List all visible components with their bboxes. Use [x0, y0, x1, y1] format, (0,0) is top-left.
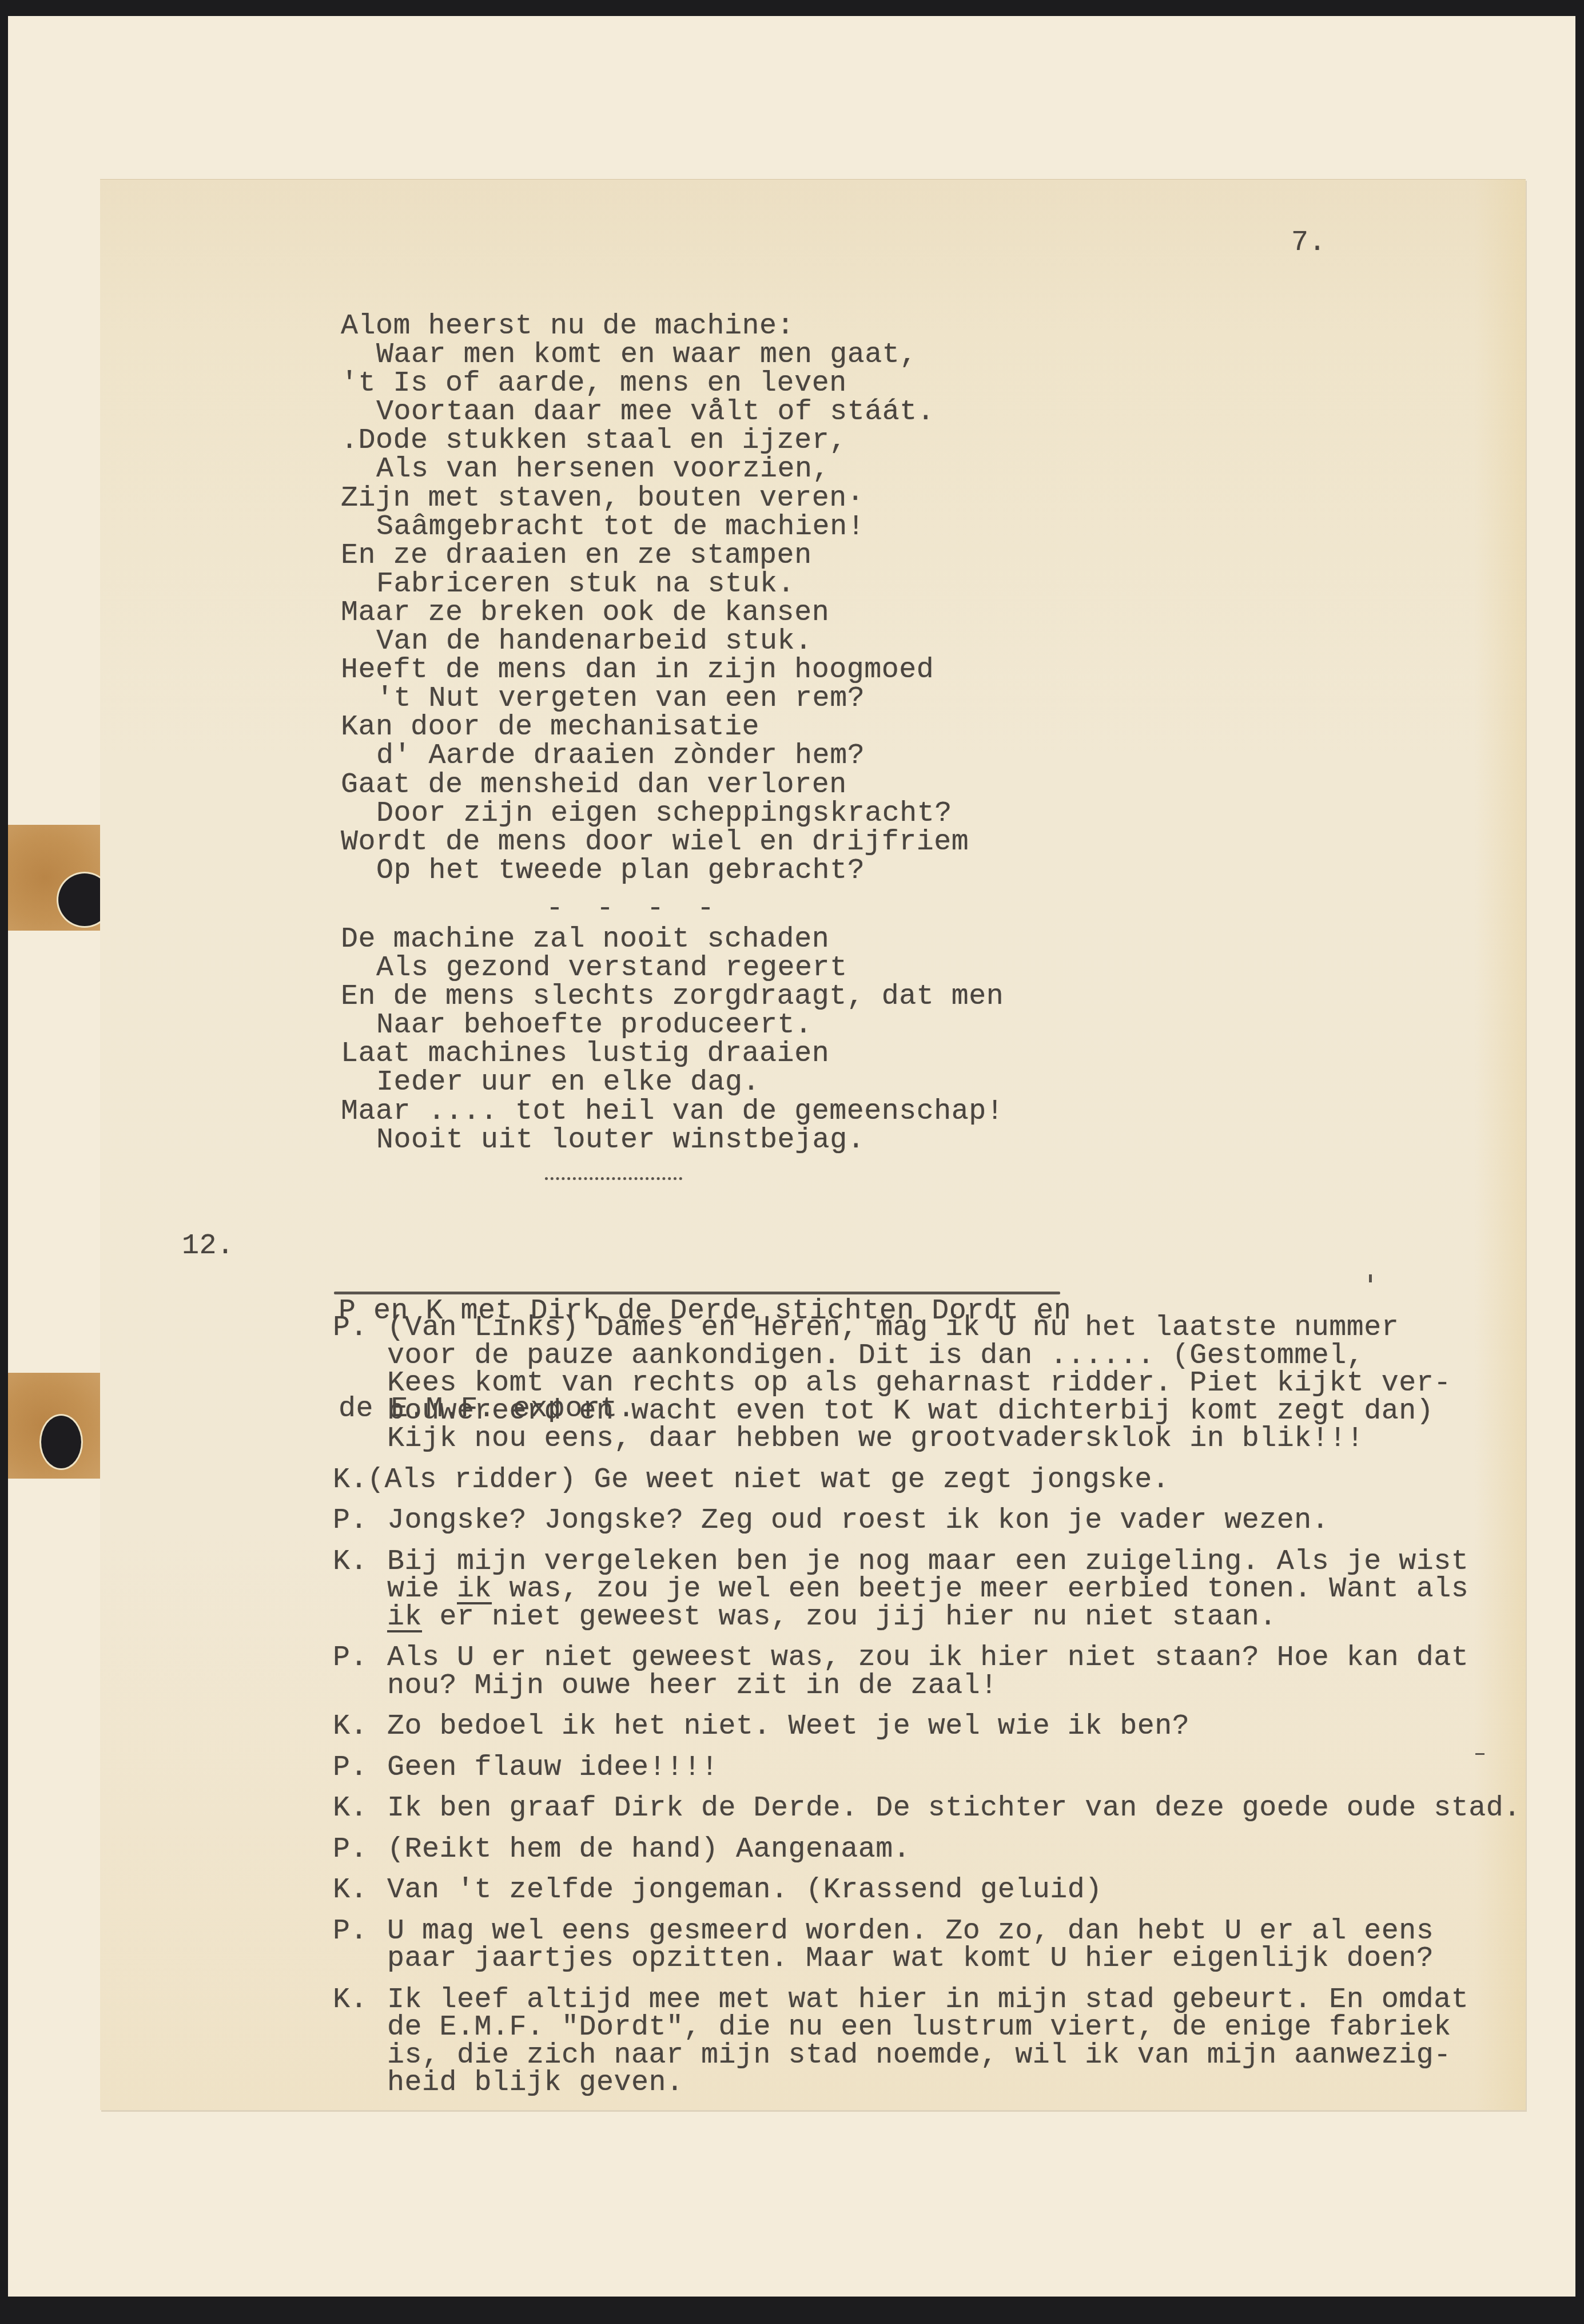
speech-line: bouwereerd en wacht even tot K wat dicht… — [387, 1398, 1451, 1426]
speaker-label: P. — [333, 1644, 387, 1700]
speech-text: Als U er niet geweest was, zou ik hier n… — [387, 1644, 1468, 1700]
stanza-separator: - - - - — [546, 892, 722, 925]
poem-line: d' Aarde draaien zònder hem? — [341, 742, 969, 770]
speech-line: Kees komt van rechts op als geharnast ri… — [387, 1370, 1451, 1398]
dialog-script: P.(Van Links) Dames en Heren, mag ik U n… — [333, 1314, 1505, 2111]
speech-line: Van 't zelfde jongeman. (Krassend geluid… — [387, 1877, 1103, 1905]
punch-hole-lower — [41, 1416, 81, 1468]
dialog-line-piet: P.Als U er niet geweest was, zou ik hier… — [333, 1644, 1505, 1700]
speech-text: Van 't zelfde jongeman. (Krassend geluid… — [387, 1877, 1103, 1905]
speaker-label: K. — [333, 1877, 387, 1905]
poem-line: Op het tweede plan gebracht? — [341, 857, 969, 885]
dialog-line-piet: P.U mag wel eens gesmeerd worden. Zo zo,… — [333, 1918, 1505, 1973]
speech-line: (Reikt hem de hand) Aangenaam. — [387, 1836, 910, 1864]
speech-text: Ik ben graaf Dirk de Derde. De stichter … — [387, 1795, 1521, 1823]
speech-line: is, die zich naar mijn stad noemde, wil … — [387, 2042, 1468, 2070]
page-number: 7. — [1291, 227, 1326, 259]
poem-line: En de mens slechts zorgdraagt, dat men — [341, 983, 1004, 1011]
speaker-label: P. — [333, 1507, 387, 1535]
speech-text: Bij mijn vergeleken ben je nog maar een … — [387, 1548, 1468, 1632]
poem-line: De machine zal nooit schaden — [341, 925, 1004, 954]
speech-line: Zo bedoel ik het niet. Weet je wel wie i… — [387, 1713, 1189, 1741]
speech-text: Ik leef altijd mee met wat hier in mijn … — [387, 1987, 1468, 2097]
speaker-label: P. — [333, 1918, 387, 1973]
speaker-label: P. — [333, 1314, 387, 1453]
dialog-line-piet: P.Geen flauw idee!!!! — [333, 1754, 1505, 1782]
speech-line: (Als ridder) Ge weet niet wat ge zegt jo… — [367, 1467, 1169, 1495]
dialog-line-kees: K.Bij mijn vergeleken ben je nog maar ee… — [333, 1548, 1505, 1632]
dialog-line-kees: K.(Als ridder) Ge weet niet wat ge zegt … — [333, 1467, 1505, 1495]
speech-text: U mag wel eens gesmeerd worden. Zo zo, d… — [387, 1918, 1434, 1973]
poem-line: Heeft de mens dan in zijn hoogmoed — [341, 656, 969, 685]
speech-line: (Van Links) Dames en Heren, mag ik U nu … — [387, 1314, 1451, 1342]
poem-line: 't Is of aarde, mens en leven — [341, 370, 969, 398]
speaker-label: P. — [333, 1754, 387, 1782]
stray-mark — [1475, 1753, 1484, 1755]
speech-line: paar jaartjes opzitten. Maar wat komt U … — [387, 1945, 1434, 1973]
poem-line: Als gezond verstand regeert — [341, 954, 1004, 983]
speech-text: (Als ridder) Ge weet niet wat ge zegt jo… — [367, 1467, 1169, 1495]
section-title-underline — [334, 1292, 1060, 1294]
underlined-emphasis: ik — [387, 1601, 422, 1634]
poem-line: Saâmgebracht tot de machien! — [341, 513, 969, 542]
poem-stanza-2: De machine zal nooit schadenAls gezond v… — [341, 925, 1004, 1155]
speech-line: Kijk nou eens, daar hebben we grootvader… — [387, 1425, 1451, 1453]
speech-line: wie ik was, zou je wel een beetje meer e… — [387, 1576, 1468, 1604]
section-number: 12. — [182, 1230, 234, 1262]
poem-line: Maar .... tot heil van de gemeenschap! — [341, 1098, 1004, 1126]
poem-line: Laat machines lustig draaien — [341, 1040, 1004, 1068]
speech-line: heid blijk geven. — [387, 2069, 1468, 2097]
poem-line: Waar men komt en waar men gaat, — [341, 341, 969, 370]
poem-line: Ieder uur en elke dag. — [341, 1068, 1004, 1097]
dialog-line-kees: K.Zo bedoel ik het niet. Weet je wel wie… — [333, 1713, 1505, 1741]
poem-line: Als van hersenen voorzien, — [341, 455, 969, 484]
poem-line: Nooit uit louter winstbejag. — [341, 1126, 1004, 1155]
speech-line: Bij mijn vergeleken ben je nog maar een … — [387, 1548, 1468, 1576]
speech-line: Ik leef altijd mee met wat hier in mijn … — [387, 1987, 1468, 2015]
speech-line: Jongske? Jongske? Zeg oud roest ik kon j… — [387, 1507, 1329, 1535]
speech-line: de E.M.F. "Dordt", die nu een lustrum vi… — [387, 2014, 1468, 2042]
speech-text: (Reikt hem de hand) Aangenaam. — [387, 1836, 910, 1864]
dialog-line-piet: P.(Reikt hem de hand) Aangenaam. — [333, 1836, 1505, 1864]
poem-line: Maar ze breken ook de kansen — [341, 599, 969, 627]
poem-line: Wordt de mens door wiel en drijfriem — [341, 828, 969, 857]
poem-line: En ze draaien en ze stampen — [341, 542, 969, 570]
speaker-label: K. — [333, 1548, 387, 1632]
poem-line: Van de handenarbeid stuk. — [341, 627, 969, 656]
speech-line: voor de pauze aankondigen. Dit is dan ..… — [387, 1342, 1451, 1370]
poem-line: Voortaan daar mee vålt of stáát. — [341, 398, 969, 427]
speech-text: Geen flauw idee!!!! — [387, 1754, 719, 1782]
poem-line: Door zijn eigen scheppingskracht? — [341, 800, 969, 828]
dialog-line-kees: K.Van 't zelfde jongeman. (Krassend gelu… — [333, 1877, 1505, 1905]
speaker-label: K. — [333, 1987, 387, 2097]
speech-line: U mag wel eens gesmeerd worden. Zo zo, d… — [387, 1918, 1434, 1946]
section-separator-line — [545, 1177, 682, 1180]
poem-line: .Dode stukken staal en ijzer, — [341, 427, 969, 455]
poem-stanza-1: Alom heerst nu de machine:Waar men komt … — [341, 312, 969, 885]
poem-line: 't Nut vergeten van een rem? — [341, 685, 969, 713]
dialog-line-kees: K.Ik ben graaf Dirk de Derde. De stichte… — [333, 1795, 1505, 1823]
dialog-line-piet: P.Jongske? Jongske? Zeg oud roest ik kon… — [333, 1507, 1505, 1535]
speech-line: Geen flauw idee!!!! — [387, 1754, 719, 1782]
speech-text: Jongske? Jongske? Zeg oud roest ik kon j… — [387, 1507, 1329, 1535]
speech-line: Als U er niet geweest was, zou ik hier n… — [387, 1644, 1468, 1673]
poem-line: Fabriceren stuk na stuk. — [341, 570, 969, 599]
speaker-label: P. — [333, 1836, 387, 1864]
poem-line: Kan door de mechanisatie — [341, 713, 969, 742]
speech-text: Zo bedoel ik het niet. Weet je wel wie i… — [387, 1713, 1189, 1741]
speech-line: nou? Mijn ouwe heer zit in de zaal! — [387, 1673, 1468, 1701]
speaker-label: K. — [333, 1713, 387, 1741]
speaker-label: K. — [333, 1795, 387, 1823]
poem-line: Alom heerst nu de machine: — [341, 312, 969, 341]
speech-line: ik er niet geweest was, zou jij hier nu … — [387, 1604, 1468, 1632]
speech-text: (Van Links) Dames en Heren, mag ik U nu … — [387, 1314, 1451, 1453]
speaker-label: K. — [333, 1467, 367, 1495]
dialog-line-kees: K.Ik leef altijd mee met wat hier in mij… — [333, 1987, 1505, 2097]
dialog-line-piet: P.(Van Links) Dames en Heren, mag ik U n… — [333, 1314, 1505, 1453]
poem-line: Zijn met staven, bouten veren· — [341, 484, 969, 513]
stray-mark — [1369, 1274, 1372, 1282]
poem-line: Gaat de mensheid dan verloren — [341, 771, 969, 800]
poem-line: Naar behoefte produceert. — [341, 1011, 1004, 1040]
speech-line: Ik ben graaf Dirk de Derde. De stichter … — [387, 1795, 1521, 1823]
